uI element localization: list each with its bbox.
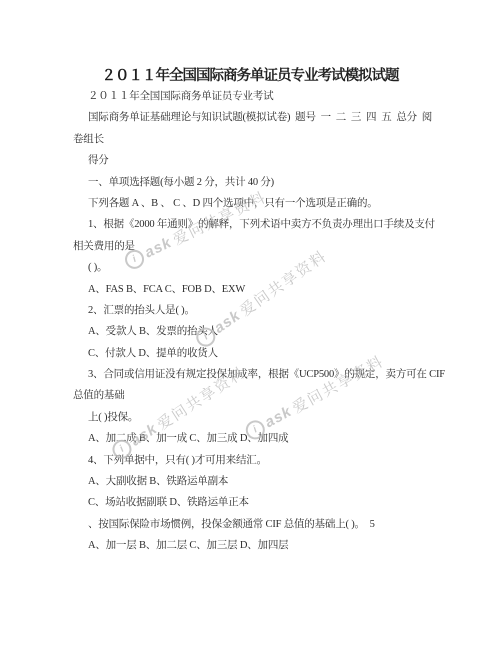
- text-line: 4、下列单据中，只有( )才可用来结汇。: [73, 450, 440, 471]
- text-line: 2、汇票的抬头人是( )。: [73, 300, 440, 321]
- text-line: ( )。: [73, 257, 440, 278]
- text-line: C、付款人 D、提单的收货人: [73, 343, 440, 364]
- text-line: 卷组长: [73, 129, 440, 150]
- text-line: 1、根据《2000 年通则》的解释，下列术语中卖方不负责办理出口手续及支付: [73, 214, 440, 235]
- text-line: A、受款人 B、发票的抬头人: [73, 321, 440, 342]
- text-line: ２０１１年全国国际商务单证员专业考试: [73, 86, 440, 107]
- text-line: C、场站收据副联 D、铁路运单正本: [73, 492, 440, 513]
- text-line: A、FAS B、FCA C、FOB D、EXW: [73, 279, 440, 300]
- text-line: 总值的基础: [73, 385, 440, 406]
- text-line: 一、单项选择题(每小题 2 分，共计 40 分): [73, 172, 440, 193]
- document-page: ２０１１年全国国际商务单证员专业考试模拟试题 ２０１１年全国国际商务单证员专业考…: [0, 0, 500, 647]
- text-line: A、加一层 B、加二层 C、加三层 D、加四层: [73, 535, 440, 556]
- text-line: 国际商务单证基础理论与知识试题(模拟试卷) 题号 一 二 三 四 五 总分 阅: [73, 107, 440, 128]
- text-line: 下列各题 A 、B 、 C 、D 四个选项中，只有一个选项是正确的。: [73, 193, 440, 214]
- document-body: ２０１１年全国国际商务单证员专业考试国际商务单证基础理论与知识试题(模拟试卷) …: [73, 86, 440, 557]
- text-line: 上( )投保。: [73, 407, 440, 428]
- text-line: 3、合同或信用证没有规定投保加成率，根据《UCP500》的规定，卖方可在 CIF: [73, 364, 440, 385]
- page-title: ２０１１年全国国际商务单证员专业考试模拟试题: [0, 64, 500, 85]
- text-line: 、按国际保险市场惯例，投保金额通常 CIF 总值的基础上( )。 5: [73, 514, 440, 535]
- text-line: 得分: [73, 150, 440, 171]
- text-line: 相关费用的是: [73, 236, 440, 257]
- text-line: A、加二成 B、加一成 C、加三成 D、加四成: [73, 428, 440, 449]
- text-line: A、大副收据 B、铁路运单副本: [73, 471, 440, 492]
